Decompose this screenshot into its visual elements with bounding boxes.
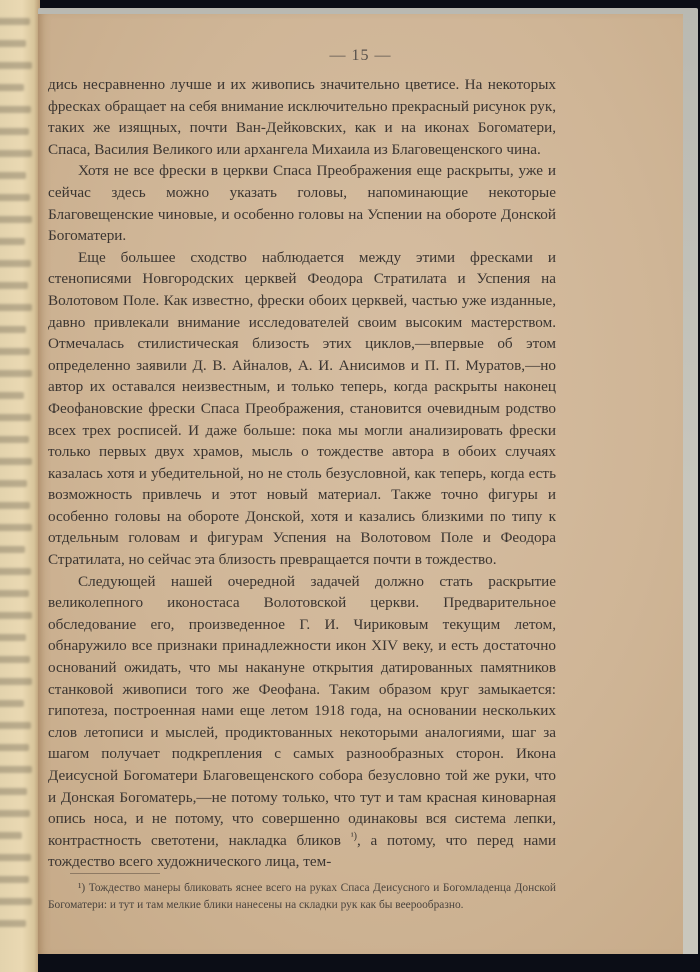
- scan-background-edge: [38, 954, 698, 972]
- footnote: ¹) Тождество манеры бликовать яснее всег…: [48, 880, 556, 913]
- paragraph-4: Следующей нашей очередной задачей должно…: [48, 571, 556, 873]
- body-text: дись несравненно лучше и их живопись зна…: [48, 74, 556, 873]
- paragraph-3: Еще большее сходство наблюдается между э…: [48, 247, 556, 571]
- book-page: — 15 — дись несравненно лучше и их живоп…: [38, 14, 683, 954]
- footnote-divider: [70, 873, 160, 874]
- scanned-book-spread: — 15 — дись несравненно лучше и их живоп…: [0, 0, 700, 972]
- paragraph-4-text: Следующей нашей очередной задачей должно…: [48, 573, 556, 849]
- paragraph-1: дись несравненно лучше и их живопись зна…: [48, 74, 556, 160]
- previous-page-edge: [0, 0, 40, 972]
- page-number: — 15 —: [38, 47, 683, 65]
- footnote-marker: ¹): [78, 882, 85, 894]
- paragraph-2: Хотя не все фрески в церкви Спаса Преобр…: [48, 160, 556, 246]
- footnote-text: Тождество манеры бликовать яснее всего н…: [48, 882, 556, 911]
